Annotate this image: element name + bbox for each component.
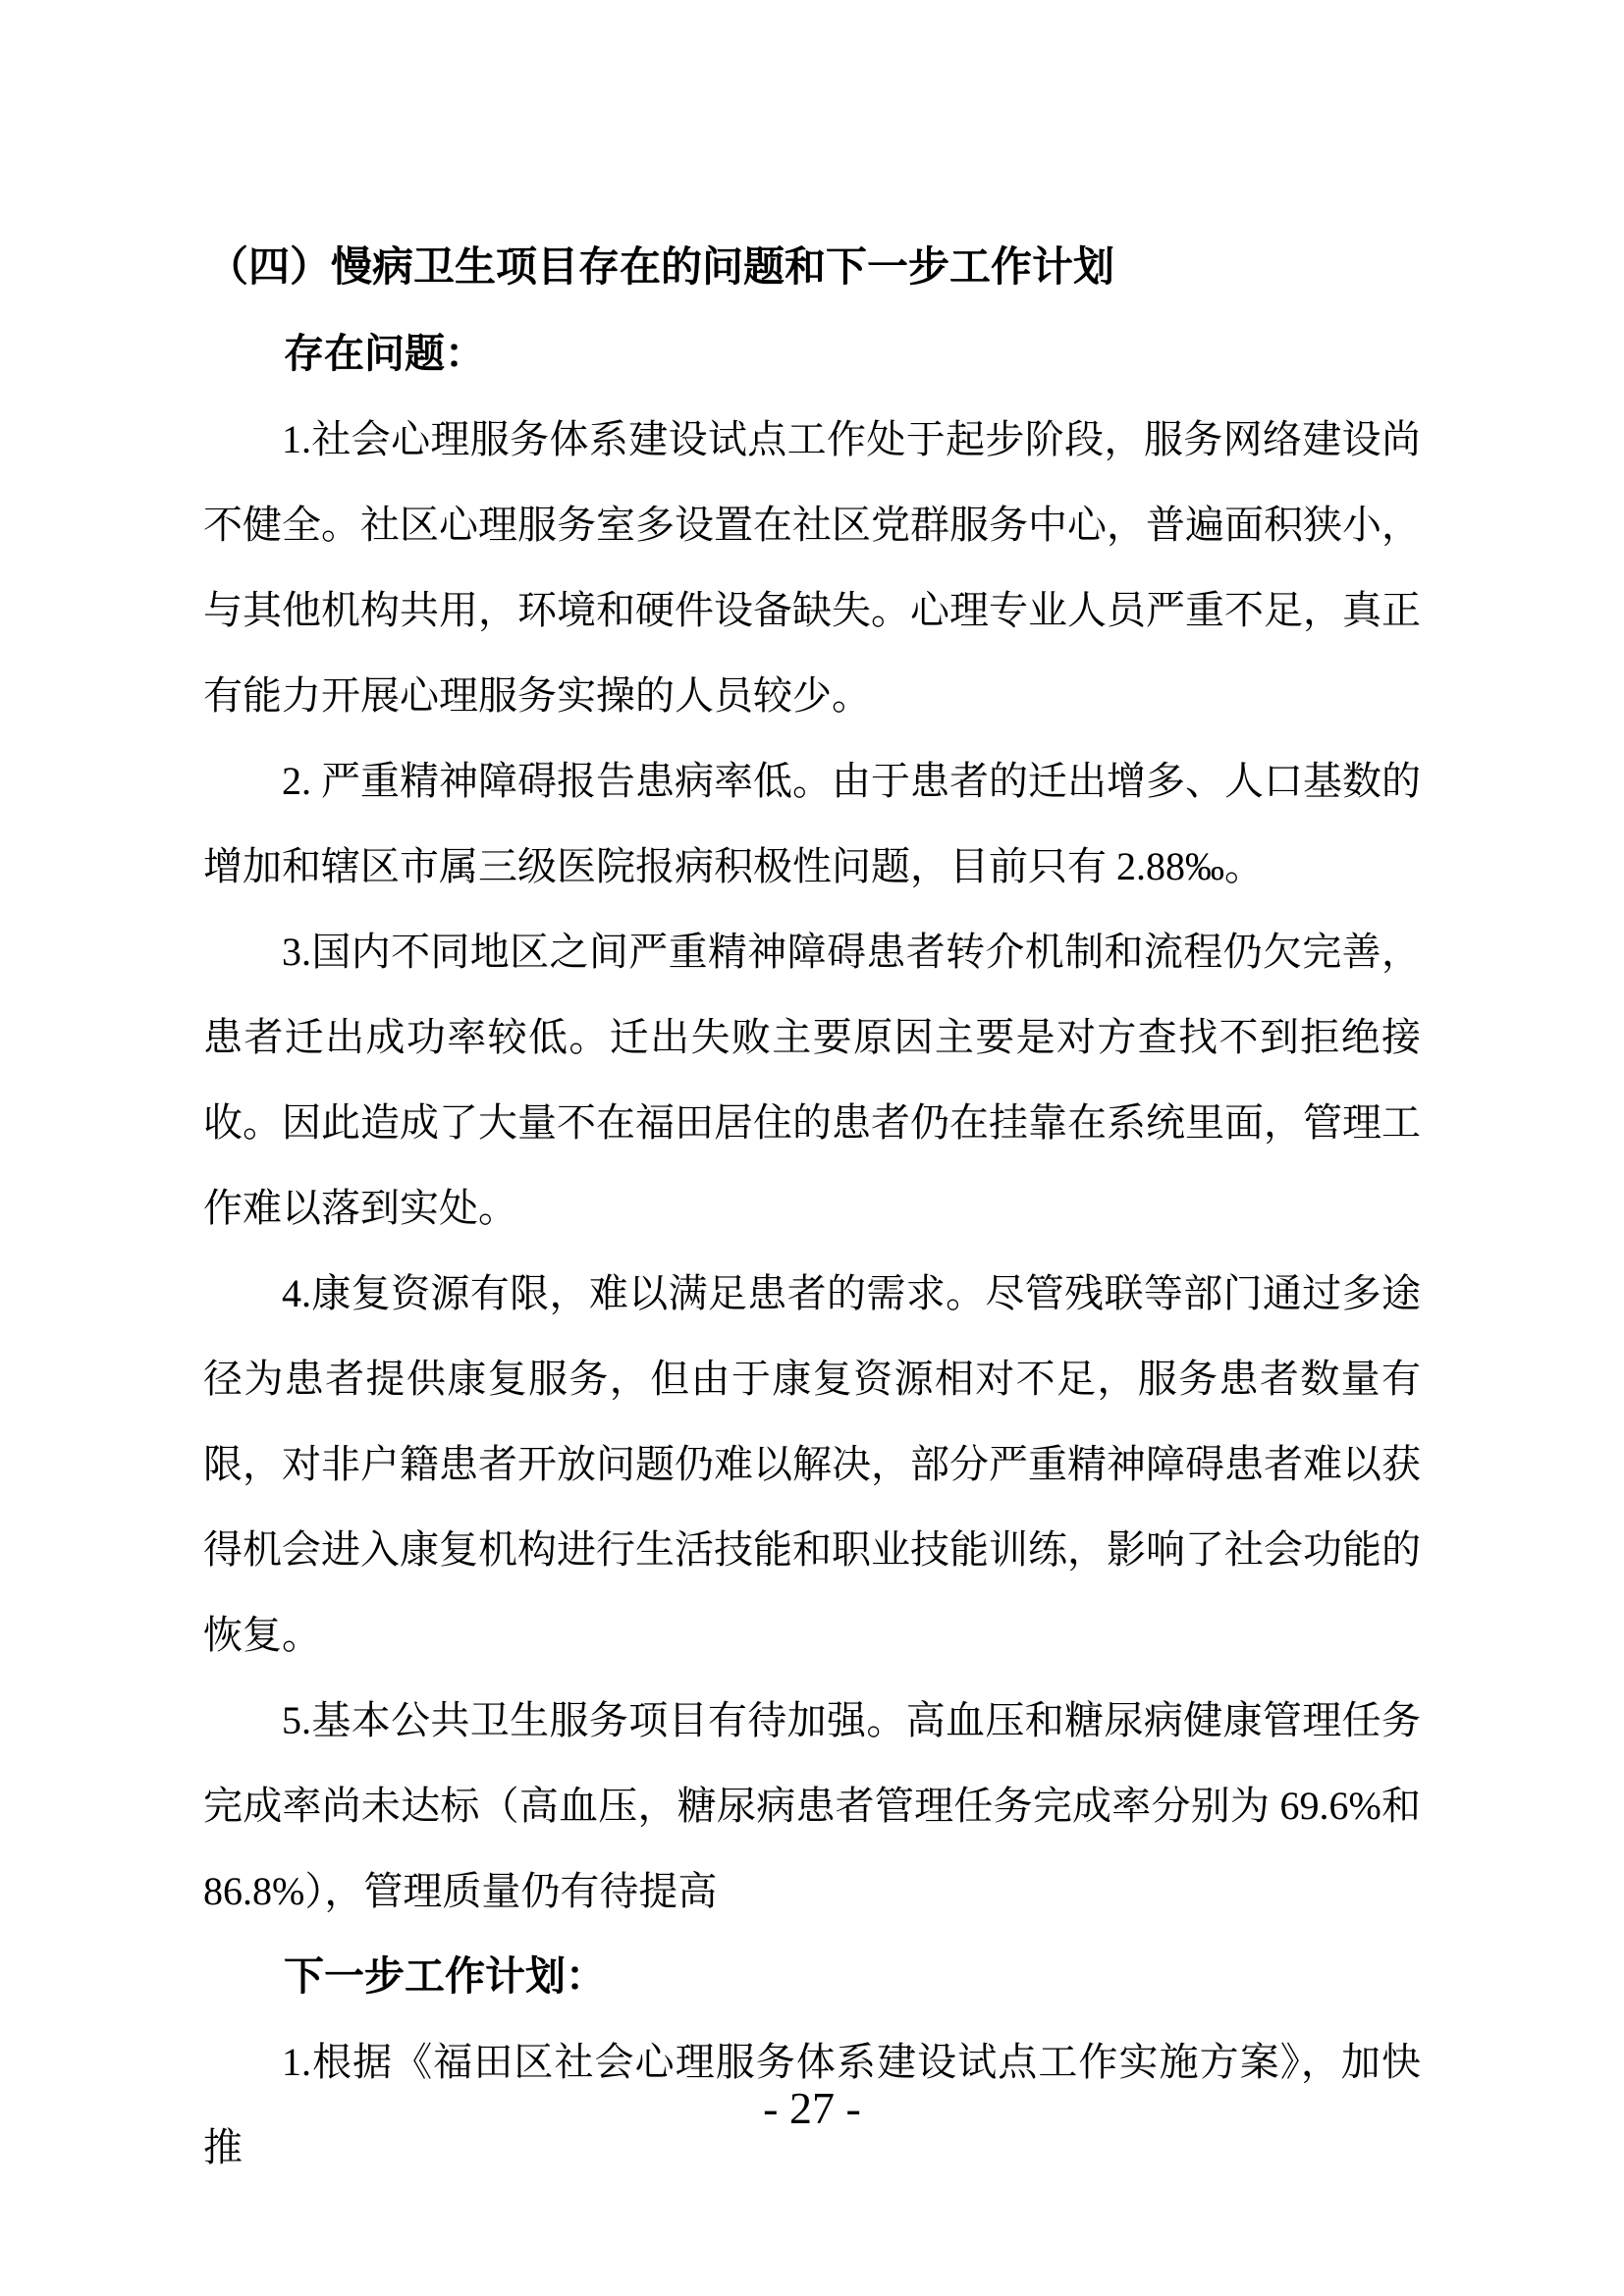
page-content: （四）慢病卫生项目存在的问题和下一步工作计划 存在问题： 1.社会心理服务体系建… — [203, 226, 1421, 2190]
problem-paragraph-4: 4.康复资源有限，难以满足患者的需求。尽管残联等部门通过多途径为患者提供康复服务… — [203, 1251, 1421, 1678]
document-page: （四）慢病卫生项目存在的问题和下一步工作计划 存在问题： 1.社会心理服务体系建… — [0, 0, 1624, 2296]
problem-paragraph-2: 2. 严重精神障碍报告患病率低。由于患者的迁出增多、人口基数的增加和辖区市属三级… — [203, 738, 1421, 909]
problem-paragraph-1: 1.社会心理服务体系建设试点工作处于起步阶段，服务网络建设尚不健全。社区心理服务… — [203, 397, 1421, 738]
problems-subheading: 存在问题： — [203, 311, 1421, 397]
page-number: - 27 - — [0, 2079, 1624, 2138]
plan-subheading: 下一步工作计划： — [203, 1934, 1421, 2019]
problem-paragraph-3: 3.国内不同地区之间严重精神障碍患者转介机制和流程仍欠完善，患者迁出成功率较低。… — [203, 909, 1421, 1251]
problem-paragraph-5: 5.基本公共卫生服务项目有待加强。高血压和糖尿病健康管理任务完成率尚未达标（高血… — [203, 1678, 1421, 1934]
section-heading: （四）慢病卫生项目存在的问题和下一步工作计划 — [203, 226, 1421, 311]
